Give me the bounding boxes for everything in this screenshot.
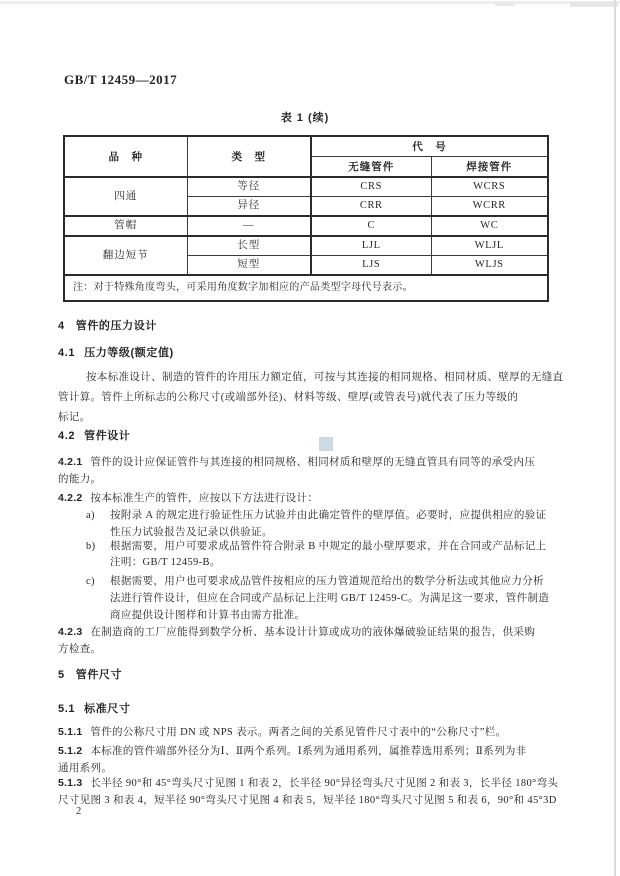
cell-welded-code: WLJS bbox=[431, 256, 548, 276]
text-line: 管件的设计应保证管件与其连接的相同规格、相同材质和壁厚的无缝直管具有同等的承受内… bbox=[90, 457, 535, 468]
table-row: 管帽 — C WC bbox=[64, 216, 548, 236]
cell-type: 等径 bbox=[187, 177, 311, 197]
text-line: 根据需要，用户也可要求成品管件按相应的压力管道规范给出的数学分析法或其他应力分析 bbox=[110, 576, 544, 587]
section-heading-4-1: 4.1压力等级(额定值) bbox=[58, 344, 565, 360]
fitting-codes-table: 品 种 类 型 代 号 无缝管件 焊接管件 四通 等径 CRS WCRS 异径 … bbox=[63, 135, 549, 302]
clause-5-1-1: 5.1.1管件的公称尺寸用 DN 或 NPS 表示。两者之间的关系见管件尺寸表中… bbox=[58, 723, 565, 741]
scan-smudge bbox=[570, 2, 618, 7]
text-line: 根据需要，用户可要求成品管件符合附录 B 中规定的最小壁厚要求，并在合同或产品标… bbox=[110, 541, 546, 552]
text-line: 尺寸见图 3 和表 4，短半径 90°弯头尺寸见图 4 和表 5，短半径 180… bbox=[58, 792, 565, 809]
paragraph-4-1: 按本标准设计、制造的管件的许用压力额定值，可按与其连接的相同规格、相同材质、壁厚… bbox=[58, 368, 565, 428]
clause-5-1-3: 5.1.3长半径 90°和 45°弯头尺寸见图 1 和表 2，长半径 90°异径… bbox=[58, 775, 565, 809]
text-line: 按本标准设计、制造的管件的许用压力额定值，可按与其连接的相同规格、相同材质、壁厚… bbox=[58, 368, 565, 388]
text-line: 法进行管件设计，但应在合同或产品标记上注明 GB/T 12459-C。为满足这一… bbox=[58, 590, 565, 607]
cell-welded-code: WCRS bbox=[431, 177, 548, 197]
scan-edge-artifact bbox=[0, 1, 620, 4]
section-heading-5: 5管件尺寸 bbox=[58, 666, 565, 682]
section-number: 5.1 bbox=[58, 703, 75, 715]
clause-number: 5.1.3 bbox=[58, 777, 82, 789]
text-line: 的能力。 bbox=[58, 471, 565, 489]
scan-smudge bbox=[495, 3, 515, 6]
text-line: 管计算。管件上所标志的公称尺寸(或端部外径)、材料等级、壁厚(或管表号)就代表了… bbox=[58, 388, 565, 408]
text-line: 按附录 A 的规定进行验证性压力试验并由此确定管件的壁厚值。必要时，应提供相应的… bbox=[110, 510, 546, 521]
section-number: 4 bbox=[58, 320, 65, 332]
clause-4-2-1: 4.2.1管件的设计应保证管件与其连接的相同规格、相同材质和壁厚的无缝直管具有同… bbox=[58, 453, 565, 489]
table-header-row: 品 种 类 型 代 号 bbox=[64, 136, 548, 157]
clause-number: 4.2.1 bbox=[58, 456, 82, 468]
standard-code-header: GB/T 12459—2017 bbox=[64, 72, 177, 88]
text-line: 方检查。 bbox=[58, 641, 565, 659]
cell-seamless-code: CRS bbox=[311, 177, 431, 197]
clause-number: 5.1.2 bbox=[58, 745, 82, 757]
table-note: 注：对于特殊角度弯头，可采用角度数字加相应的产品类型字母代号表示。 bbox=[64, 275, 548, 301]
digital-watermark-square bbox=[319, 437, 333, 451]
section-number: 5 bbox=[58, 669, 65, 681]
clause-5-1-2: 5.1.2本标准的管件端部外径分为Ⅰ、Ⅱ两个系列。Ⅰ系列为通用系列，属推荐选用系… bbox=[58, 743, 565, 777]
clause-4-2-2: 4.2.2按本标准生产的管件，应按以下方法进行设计： bbox=[58, 489, 565, 507]
cell-type: 长型 bbox=[187, 236, 311, 256]
cell-seamless-code: LJL bbox=[311, 236, 431, 256]
header-seamless: 无缝管件 bbox=[311, 157, 431, 178]
text-line: 按本标准生产的管件，应按以下方法进行设计： bbox=[90, 493, 318, 504]
cell-type: 异径 bbox=[187, 197, 311, 217]
clause-number: 4.2.2 bbox=[58, 492, 82, 504]
section-number: 4.1 bbox=[58, 347, 75, 359]
document-page: GB/T 12459—2017 表 1 (续) 品 种 类 型 代 号 无缝管件… bbox=[0, 0, 620, 876]
list-item-a: a)按附录 A 的规定进行验证性压力试验并由此确定管件的壁厚值。必要时，应提供相… bbox=[58, 507, 565, 541]
text-line: 标记。 bbox=[58, 408, 565, 428]
cell-welded-code: WCRR bbox=[431, 197, 548, 217]
cell-seamless-code: CRR bbox=[311, 197, 431, 217]
cell-variety: 四通 bbox=[64, 177, 187, 216]
text-line: 在制造商的工厂应能得到数学分析、基本设计计算或成功的液体爆破验证结果的报告，供采… bbox=[90, 627, 535, 638]
table-title: 表 1 (续) bbox=[63, 109, 547, 125]
table-row: 翻边短节 长型 LJL WLJL bbox=[64, 236, 548, 256]
text-line: 注明：GB/T 12459-B。 bbox=[58, 555, 565, 571]
section-title: 压力等级(额定值) bbox=[84, 347, 174, 359]
page-number: 2 bbox=[76, 806, 81, 817]
header-welded: 焊接管件 bbox=[431, 157, 548, 178]
section-title: 管件的压力设计 bbox=[76, 320, 157, 332]
section-heading-4: 4管件的压力设计 bbox=[58, 317, 565, 333]
section-heading-5-1: 5.1标准尺寸 bbox=[58, 700, 565, 716]
text-line: 管件的公称尺寸用 DN 或 NPS 表示。两者之间的关系见管件尺寸表中的“公称尺… bbox=[90, 727, 506, 738]
cell-type: — bbox=[187, 216, 311, 236]
list-item-c: c)根据需要，用户也可要求成品管件按相应的压力管道规范给出的数学分析法或其他应力… bbox=[58, 573, 565, 624]
text-line: 本标准的管件端部外径分为Ⅰ、Ⅱ两个系列。Ⅰ系列为通用系列，属推荐选用系列；Ⅱ系列… bbox=[90, 746, 526, 757]
list-marker: a) bbox=[86, 507, 110, 524]
header-code: 代 号 bbox=[311, 136, 548, 157]
section-title: 管件尺寸 bbox=[76, 669, 122, 681]
table-row: 四通 等径 CRS WCRS bbox=[64, 177, 548, 197]
scan-edge-line bbox=[614, 0, 616, 876]
cell-type: 短型 bbox=[187, 256, 311, 276]
header-variety: 品 种 bbox=[64, 136, 187, 177]
table-note-row: 注：对于特殊角度弯头，可采用角度数字加相应的产品类型字母代号表示。 bbox=[64, 275, 548, 301]
list-marker: c) bbox=[86, 573, 110, 590]
text-line: 商应提供设计图样和计算书由需方批准。 bbox=[58, 607, 565, 624]
section-number: 4.2 bbox=[58, 430, 75, 442]
list-marker: b) bbox=[86, 539, 110, 555]
list-item-b: b)根据需要，用户可要求成品管件符合附录 B 中规定的最小壁厚要求，并在合同或产… bbox=[58, 539, 565, 571]
cell-seamless-code: LJS bbox=[311, 256, 431, 276]
section-title: 管件设计 bbox=[84, 430, 130, 442]
text-line: 长半径 90°和 45°弯头尺寸见图 1 和表 2，长半径 90°异径弯头尺寸见… bbox=[90, 778, 558, 789]
header-type: 类 型 bbox=[187, 136, 311, 177]
cell-welded-code: WC bbox=[431, 216, 548, 236]
cell-variety: 翻边短节 bbox=[64, 236, 187, 275]
cell-welded-code: WLJL bbox=[431, 236, 548, 256]
cell-seamless-code: C bbox=[311, 216, 431, 236]
section-title: 标准尺寸 bbox=[84, 703, 130, 715]
clause-number: 5.1.1 bbox=[58, 726, 82, 738]
cell-variety: 管帽 bbox=[64, 216, 187, 236]
clause-4-2-3: 4.2.3在制造商的工厂应能得到数学分析、基本设计计算或成功的液体爆破验证结果的… bbox=[58, 623, 565, 659]
section-heading-4-2: 4.2管件设计 bbox=[58, 427, 565, 443]
clause-number: 4.2.3 bbox=[58, 626, 82, 638]
